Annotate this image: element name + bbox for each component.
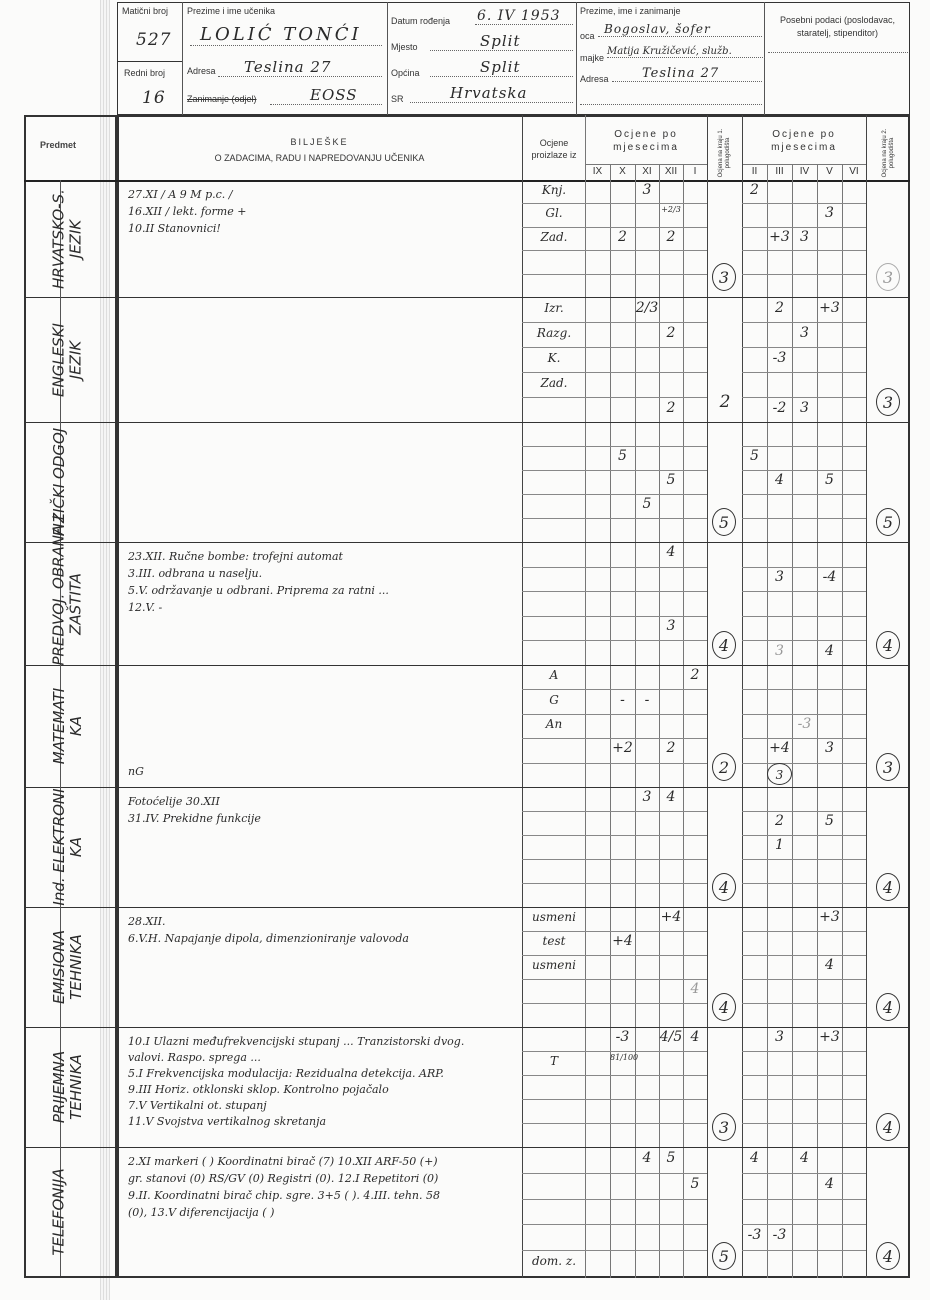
- opcina-value: Split: [430, 58, 573, 77]
- month-label-iv: IV: [792, 166, 817, 177]
- grade-value: 5: [610, 448, 635, 464]
- subject-name-line1: PREDVOJ. OBRANA I: [51, 542, 68, 665]
- grade-subrow-line: [522, 689, 707, 690]
- grade-subrow-line: [742, 203, 866, 204]
- grade-subrow-line: [522, 591, 707, 592]
- month-label-i: I: [683, 166, 707, 177]
- grade-value: 5: [659, 1150, 683, 1166]
- grade-subrow-line: [522, 640, 707, 641]
- grade-value: 4: [742, 1150, 767, 1166]
- grade-value: 4/5: [659, 1029, 683, 1045]
- subject-name-line1: PRIJEMNA: [51, 1027, 68, 1147]
- grade-subrow-line: [742, 859, 866, 860]
- grade-value: 4: [635, 1150, 659, 1166]
- grade-value: 3: [792, 400, 817, 416]
- grade-subrow-line: [522, 763, 707, 764]
- grade-source: Gl.: [524, 206, 584, 220]
- semester-1-grade: 3: [712, 1113, 736, 1141]
- roditelji-adresa-value: Teslina 27: [612, 66, 762, 82]
- note-line: 11.V Svojstva vertikalnog skretanja: [128, 1115, 326, 1129]
- grade-subrow-line: [742, 931, 866, 932]
- sr-label: SR: [391, 94, 404, 104]
- grade-value: 3: [817, 740, 842, 756]
- grade-subrow-line: [742, 955, 866, 956]
- grade-value: -3: [742, 1227, 767, 1243]
- grade-value: +3: [817, 1029, 842, 1045]
- month-header-rule: [742, 164, 866, 165]
- grade-subrow-line: [742, 567, 866, 568]
- grade-subrow-line: [522, 250, 707, 251]
- roditelji-adresa-label: Adresa: [580, 74, 609, 84]
- grade-value: 3: [817, 205, 842, 221]
- grade-subrow-line: [522, 1250, 707, 1251]
- subject-name-line2: TEHNIKA: [68, 907, 85, 1027]
- grade-value: 5: [742, 448, 767, 464]
- note-line: 10.I Ulazni međufrekvencijski stupanj ..…: [128, 1035, 464, 1049]
- note-line: 27.XI / A 9 M p.c. /: [128, 188, 232, 202]
- grade-subrow-line: [522, 372, 707, 373]
- month-label-xi: XI: [635, 166, 659, 177]
- semester-1-grade: 5: [712, 1242, 736, 1270]
- grade-subrow-line: [522, 979, 707, 980]
- semester-2-grade: 5: [876, 508, 900, 536]
- semester-1-grade: 4: [712, 873, 736, 901]
- divider: [117, 61, 182, 62]
- grade-subrow-line: [742, 883, 866, 884]
- ocjene-po-mjesecima-2: Ocjene po mjesecima: [744, 128, 864, 154]
- grade-subrow-line: [742, 1199, 866, 1200]
- posebni-podaci-label: Posebni podaci (poslodavac, staratelj, s…: [770, 14, 905, 40]
- grid-col-line: [635, 164, 636, 1278]
- grade-value: 3: [635, 182, 659, 198]
- note-line: (0), 13.V diferencijacija ( ): [128, 1206, 274, 1220]
- grade-source: An: [524, 717, 584, 731]
- grade-value: 5: [659, 472, 683, 488]
- maticni-broj-label: Matični broj: [122, 6, 168, 16]
- grade-value: 2: [610, 229, 635, 245]
- subject-row-divider: [24, 542, 910, 543]
- subject-name: Ind. ELEKTRONIKA: [51, 787, 91, 907]
- redni-broj-value: 16: [142, 88, 166, 108]
- grade-subrow-line: [742, 591, 866, 592]
- grade-subrow-line: [522, 1099, 707, 1100]
- subject-row-divider: [24, 787, 910, 788]
- grade-subrow-line: [742, 1003, 866, 1004]
- subject-row-divider: [24, 665, 910, 666]
- grade-subrow-line: [742, 518, 866, 519]
- semester-2-grade: 3: [876, 388, 900, 416]
- grade-subrow-line: [742, 250, 866, 251]
- grade-source: Izr.: [524, 301, 584, 315]
- grade-subrow-line: [742, 714, 866, 715]
- sr-value: Hrvatska: [410, 84, 573, 103]
- grade-subrow-line: [742, 322, 866, 323]
- grade-subrow-line: [522, 397, 707, 398]
- grade-source: Zad.: [524, 376, 584, 390]
- subject-name: PREDVOJ. OBRANA IZAŠTITA: [51, 542, 91, 665]
- semester-2-grade: 4: [876, 631, 900, 659]
- month-label-xii: XII: [659, 166, 683, 177]
- ucenik-value: LOLIĆ TONĆI: [190, 24, 382, 46]
- month-label-x: X: [610, 166, 635, 177]
- grade-value: 3: [792, 325, 817, 341]
- grade-subrow-line: [742, 470, 866, 471]
- grade-subrow-line: [522, 274, 707, 275]
- adresa-label: Adresa: [187, 66, 216, 76]
- grade-value: 2: [659, 325, 683, 341]
- grade-subrow-line: [522, 835, 707, 836]
- ucenik-label: Prezime i ime učenika: [187, 6, 275, 16]
- oca-value: Bogoslav, šofer: [598, 22, 762, 37]
- grade-subrow-line: [742, 1099, 866, 1100]
- oca-label: oca: [580, 31, 595, 41]
- grade-subrow-line: [522, 1123, 707, 1124]
- grade-subrow-line: [522, 1003, 707, 1004]
- grade-subrow-line: [522, 446, 707, 447]
- grade-circled: 3: [767, 763, 792, 785]
- grade-value: 2: [767, 813, 792, 829]
- month-label-v: V: [817, 166, 842, 177]
- grade-value: 2: [767, 300, 792, 316]
- grade-value: 3: [767, 643, 792, 659]
- subject-row-divider: [24, 422, 910, 423]
- note-line: 10.II Stanovnici!: [128, 222, 221, 236]
- month-header-rule: [585, 164, 707, 165]
- grade-subrow-line: [522, 1051, 707, 1052]
- month-label-ii: II: [742, 166, 767, 177]
- grade-subrow-line: [742, 1075, 866, 1076]
- grade-value: 4: [659, 544, 683, 560]
- subject-name: EMISIONATEHNIKA: [51, 907, 91, 1027]
- header-bottom-rule: [24, 180, 910, 182]
- grade-value: -3: [767, 1227, 792, 1243]
- note-line: gr. stanovi (0) RS/GV (0) Registri (0). …: [128, 1172, 438, 1186]
- ocjene-proizlaze-header: Ocjene proizlaze iz: [524, 137, 584, 161]
- mjesto-label: Mjesto: [391, 42, 418, 52]
- grade-value: +2: [610, 740, 635, 756]
- month-label-ix: IX: [585, 166, 610, 177]
- subject-name-line1: HRVATSKO-S.: [51, 180, 68, 297]
- grade-source: K.: [524, 351, 584, 365]
- grade-subrow-line: [522, 1224, 707, 1225]
- grade-subrow-line: [522, 470, 707, 471]
- grade-subrow-line: [522, 518, 707, 519]
- grade-value: +3: [817, 300, 842, 316]
- grade-value: 4: [817, 643, 842, 659]
- semester-2-grade: 3: [876, 263, 900, 291]
- grade-source: dom. z.: [524, 1254, 584, 1268]
- grade-subrow-line: [522, 567, 707, 568]
- divider: [764, 2, 765, 115]
- grade-subrow-line: [742, 811, 866, 812]
- grade-value: 2: [659, 740, 683, 756]
- grade-value: -: [635, 692, 659, 708]
- predmet-header: Predmet: [40, 140, 76, 150]
- semester-1-grade: 2: [712, 753, 736, 781]
- grade-value: 4: [817, 957, 842, 973]
- grade-value: 2: [659, 400, 683, 416]
- mjesto-value: Split: [430, 32, 573, 51]
- grade-value: +3: [767, 229, 792, 245]
- grade-value: 3: [767, 569, 792, 585]
- opcina-label: Općina: [391, 68, 420, 78]
- grade-subrow-line: [522, 1199, 707, 1200]
- grade-subrow-line: [522, 494, 707, 495]
- sem1-header: Ocjena na kraju 1. polugodišta: [718, 128, 732, 178]
- grade-value: 4: [659, 789, 683, 805]
- grade-subrow-line: [522, 322, 707, 323]
- note-line: 7.V Vertikalni ot. stupanj: [128, 1099, 267, 1113]
- grade-subrow-line: [742, 616, 866, 617]
- grid-col-line: [683, 164, 684, 1278]
- subject-name-line2: KA: [68, 665, 85, 787]
- grade-subrow-line: [742, 1051, 866, 1052]
- grade-value: 3: [767, 1029, 792, 1045]
- grade-value: 81/100: [610, 1053, 635, 1062]
- grid-col-line: [866, 115, 867, 1278]
- grade-subrow-line: [742, 1224, 866, 1225]
- blank-line: [768, 52, 908, 53]
- grade-value: -: [610, 692, 635, 708]
- subject-name-line1: TELEFONIJA: [51, 1147, 68, 1276]
- subject-name-line2: ZAŠTITA: [68, 542, 85, 665]
- grade-source: usmeni: [524, 958, 584, 972]
- grade-subrow-line: [522, 714, 707, 715]
- grade-value: 3: [792, 229, 817, 245]
- grade-value: 1: [767, 837, 792, 853]
- grade-subrow-line: [742, 494, 866, 495]
- grade-value: 5: [683, 1176, 707, 1192]
- note-line: 3.III. odbrana u naselju.: [128, 567, 262, 581]
- subject-name-line2: JEZIK: [68, 180, 85, 297]
- subject-name-line2: JEZIK: [68, 297, 85, 422]
- grade-value: 5: [817, 813, 842, 829]
- subject-name: PRIJEMNATEHNIKA: [51, 1027, 91, 1147]
- biljeske-subtitle: O ZADACIMA, RADU I NAPREDOVANJU UČENIKA: [117, 153, 522, 163]
- datum-rodenja-value: 6. IV 1953: [475, 8, 573, 25]
- grade-source: Zad.: [524, 230, 584, 244]
- grade-subrow-line: [742, 738, 866, 739]
- grade-value: +2/3: [659, 205, 683, 214]
- grade-value: 3: [659, 618, 683, 634]
- note-line: Fotoćelije 30.XII: [128, 795, 220, 809]
- majke-label: majke: [580, 53, 604, 63]
- subject-name-line1: MATEMATI: [51, 665, 68, 787]
- month-label-vi: VI: [842, 166, 866, 177]
- biljeske-title: BILJEŠKE: [117, 137, 522, 147]
- grid-col-line: [585, 115, 586, 1278]
- grade-subrow-line: [742, 397, 866, 398]
- note-line: 12.V. -: [128, 601, 162, 615]
- subject-row-divider: [24, 1027, 910, 1028]
- grade-source: A: [524, 668, 584, 682]
- grade-subrow-line: [742, 347, 866, 348]
- note-line: 31.IV. Prekidne funkcije: [128, 812, 261, 826]
- grade-value: +3: [817, 909, 842, 925]
- grade-subrow-line: [522, 738, 707, 739]
- divider: [387, 2, 388, 115]
- grade-source: T: [524, 1054, 584, 1068]
- subject-name: MATEMATIKA: [51, 665, 91, 787]
- datum-rodenja-label: Datum rođenja: [391, 16, 450, 26]
- month-label-iii: III: [767, 166, 792, 177]
- grid-col-line: [610, 164, 611, 1278]
- zanimanje-value: EOSS: [270, 86, 382, 105]
- note-line: 5.I Frekvencijska modulacija: Rezidualna…: [128, 1067, 444, 1081]
- note-line: 2.XI markeri ( ) Koordinatni birač (7) 1…: [128, 1155, 438, 1169]
- grade-subrow-line: [742, 372, 866, 373]
- grade-value: 4: [767, 472, 792, 488]
- subject-row-divider: [24, 1147, 910, 1148]
- divider: [576, 2, 577, 115]
- semester-2-grade: 4: [876, 993, 900, 1021]
- grade-subrow-line: [742, 835, 866, 836]
- grade-value: -3: [792, 716, 817, 732]
- grade-subrow-line: [742, 640, 866, 641]
- grid-col-line: [742, 115, 743, 1278]
- grade-value: -3: [767, 350, 792, 366]
- subject-row-divider: [24, 907, 910, 908]
- grid-col-line: [522, 115, 523, 1278]
- grade-value: 5: [635, 496, 659, 512]
- grade-value: 2: [683, 667, 707, 683]
- note-line: 6.V.H. Napajanje dipola, dimenzioniranje…: [128, 932, 409, 946]
- grade-value: 2/3: [635, 300, 659, 316]
- note-line: 5.V. održavanje u odbrani. Priprema za r…: [128, 584, 389, 598]
- sem2-header: Ocjena na kraju 2. polugodišta: [882, 128, 896, 178]
- grade-value: 4: [683, 1029, 707, 1045]
- semester-1-grade: 4: [712, 993, 736, 1021]
- semester-2-grade: 4: [876, 1242, 900, 1270]
- note-line: 9.II. Koordinatni birač chip. sgre. 3+5 …: [128, 1189, 440, 1203]
- semester-1-grade: 3: [712, 263, 736, 291]
- grade-subrow-line: [522, 883, 707, 884]
- grade-subrow-line: [522, 347, 707, 348]
- note-line: 28.XII.: [128, 915, 166, 929]
- grade-source: Razg.: [524, 326, 584, 340]
- grid-col-line: [767, 164, 768, 1278]
- grade-value: 4: [817, 1176, 842, 1192]
- grade-value: 4: [683, 981, 707, 997]
- subject-name: ENGLESKIJEZIK: [51, 297, 91, 422]
- grade-value: 2: [659, 229, 683, 245]
- semester-1-grade: 5: [712, 508, 736, 536]
- grade-value: -2: [767, 400, 792, 416]
- grade-subrow-line: [742, 763, 866, 764]
- grade-source: test: [524, 934, 584, 948]
- grade-value: 4: [792, 1150, 817, 1166]
- grade-value: 2: [742, 182, 767, 198]
- grade-source: G: [524, 693, 584, 707]
- blank-line: [580, 104, 762, 105]
- grade-value: 5: [817, 472, 842, 488]
- subject-name: TELEFONIJA: [51, 1147, 91, 1276]
- grid-col-line: [842, 164, 843, 1278]
- grade-subrow-line: [522, 203, 707, 204]
- grade-subrow-line: [742, 446, 866, 447]
- roditelji-label: Prezime, ime i zanimanje: [580, 6, 681, 16]
- grade-value: +4: [659, 909, 683, 925]
- subject-name-line1: Ind. ELEKTRONI: [51, 787, 68, 907]
- grade-subrow-line: [522, 931, 707, 932]
- note-line: 16.XII / lekt. forme +: [128, 205, 246, 219]
- grade-subrow-line: [522, 616, 707, 617]
- subject-name-line2: TEHNIKA: [68, 1027, 85, 1147]
- grid-col-line: [817, 164, 818, 1278]
- maticni-broj-value: 527: [136, 30, 171, 50]
- subject-name: HRVATSKO-S.JEZIK: [51, 180, 91, 297]
- zanimanje-label: Zanimanje (odjel): [187, 94, 257, 104]
- adresa-value: Teslina 27: [218, 58, 382, 77]
- semester-2-grade: 4: [876, 873, 900, 901]
- grade-subrow-line: [742, 274, 866, 275]
- grade-subrow-line: [742, 979, 866, 980]
- grade-subrow-line: [522, 1075, 707, 1076]
- grade-subrow-line: [522, 859, 707, 860]
- grade-subrow-line: [742, 1250, 866, 1251]
- ocjene-po-mjesecima-1: Ocjene po mjesecima: [587, 128, 705, 154]
- grade-value: -3: [610, 1029, 635, 1045]
- divider: [182, 2, 183, 115]
- subject-row-divider: [24, 297, 910, 298]
- note-line: 23.XII. Ručne bombe: trofejni automat: [128, 550, 343, 564]
- grade-value: +4: [767, 740, 792, 756]
- grade-value: 3: [635, 789, 659, 805]
- majke-value: Matija Kružičević, služb.: [607, 46, 765, 58]
- grade-source: Knj.: [524, 183, 584, 197]
- grid-col-line: [707, 115, 708, 1278]
- subject-name-line2: KA: [68, 787, 85, 907]
- note-line: 9.III Horiz. otklonski sklop. Kontrolno …: [128, 1083, 389, 1097]
- grade-value: -4: [817, 569, 842, 585]
- semester-1-grade: 4: [712, 631, 736, 659]
- grade-value: +4: [610, 933, 635, 949]
- grade-source: usmeni: [524, 910, 584, 924]
- note-line: nG: [128, 765, 144, 779]
- semester-1-grade: 2: [713, 392, 737, 412]
- grade-subrow-line: [522, 811, 707, 812]
- grade-subrow-line: [742, 1173, 866, 1174]
- subject-name-line1: ENGLESKI: [51, 297, 68, 422]
- redni-broj-label: Redni broj: [124, 68, 165, 78]
- grade-subrow-line: [742, 689, 866, 690]
- grade-subrow-line: [522, 1173, 707, 1174]
- subject-name-line1: EMISIONA: [51, 907, 68, 1027]
- grade-subrow-line: [522, 955, 707, 956]
- semester-2-grade: 3: [876, 753, 900, 781]
- note-line: valovi. Raspo. sprega ...: [128, 1051, 261, 1065]
- semester-2-grade: 4: [876, 1113, 900, 1141]
- grade-subrow-line: [742, 1123, 866, 1124]
